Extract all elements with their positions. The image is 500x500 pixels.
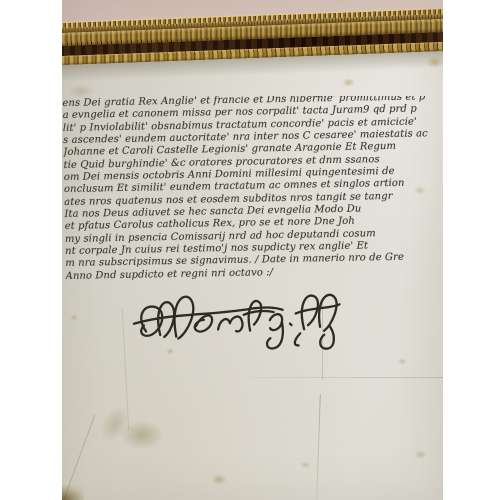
- crease-line: [62, 415, 95, 500]
- stain-spot: [398, 358, 407, 365]
- stain-spot: [70, 314, 78, 321]
- royal-signature-flourish: [131, 282, 345, 370]
- stain-spot: [94, 400, 136, 448]
- crease-line: [250, 377, 443, 378]
- bottom-left-corner-stain: [62, 485, 84, 500]
- stain-spot: [300, 461, 311, 469]
- stain-spot: [120, 420, 164, 450]
- manuscript-text-block: ens Dei gratia Rex Anglie' et francie et…: [62, 96, 443, 296]
- stain-spot: [211, 474, 227, 485]
- framed-document-photo: ens Dei gratia Rex Anglie' et francie et…: [62, 0, 443, 500]
- auction-photo-canvas: ens Dei gratia Rex Anglie' et francie et…: [0, 0, 500, 500]
- crease-line: [316, 394, 321, 500]
- crease-line: [122, 308, 129, 430]
- stain-spot: [414, 450, 427, 459]
- manuscript-lines: ens Dei gratia Rex Anglie' et francie et…: [62, 96, 443, 283]
